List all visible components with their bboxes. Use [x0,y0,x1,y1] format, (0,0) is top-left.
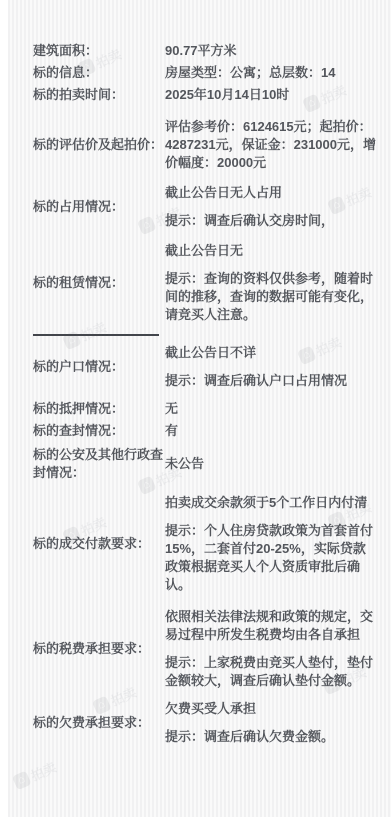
row-mortgage-status: 标的抵押情况： 无 [33,400,391,418]
value-text: 截止公告日不详 [165,344,377,362]
row-appraisal-starting-price: 标的评估价及起拍价： 评估参考价：6124615元；起拍价：4287231元，保… [33,118,391,172]
row-value: 截止公告日不详 提示：调查后确认户口占用情况 [165,344,391,390]
value-tip: 提示：查询的资料仅供参考，随着时间的推移，查询的数据可能有变化，请竞买人注意。 [165,270,377,324]
value-text: 未公告 [165,455,377,473]
section-divider [33,334,159,336]
row-label: 标的占用情况： [33,198,165,216]
row-building-area: 建筑面积： 90.77平方米 [33,42,391,60]
row-seizure-status: 标的查封情况： 有 [33,422,391,440]
row-value: 依照相关法律法规和政策的规定，交易过程中所发生税费均由各自承担 提示：上家税费由… [165,608,391,690]
listing-detail-rows: 建筑面积： 90.77平方米 标的信息： 房屋类型：公寓；总层数：14 标的拍卖… [33,42,391,746]
row-household-registration: 标的户口情况： 截止公告日不详 提示：调查后确认户口占用情况 [33,344,391,390]
row-label: 标的拍卖时间： [33,86,165,104]
row-label: 标的租赁情况： [33,274,165,292]
row-value: 2025年10月14日10时 [165,86,391,104]
row-value: 90.77平方米 [165,42,391,60]
row-label: 标的欠费承担要求： [33,714,165,732]
row-label: 标的抵押情况： [33,400,165,418]
row-value: 无 [165,400,391,418]
row-auction-time: 标的拍卖时间： 2025年10月14日10时 [33,86,391,104]
watermark-text: 拍卖 [27,757,58,785]
row-value: 欠费买受人承担 提示：调查后确认欠费金额。 [165,700,391,746]
row-value: 房屋类型：公寓；总层数：14 [165,64,391,82]
row-label: 标的查封情况： [33,422,165,440]
row-lease-status: 标的租赁情况： 截止公告日无 提示：查询的资料仅供参考，随着时间的推移，查询的数… [33,242,391,324]
value-text: 欠费买受人承担 [165,700,377,718]
row-label: 标的成交付款要求： [33,535,165,553]
value-text: 依照相关法律法规和政策的规定，交易过程中所发生税费均由各自承担 [165,608,377,644]
row-police-admin-seizure: 标的公安及其他行政查封情况： 未公告 [33,446,391,482]
value-tip: 提示：调查后确认交房时间， [165,212,377,230]
row-arrears-burden-requirements: 标的欠费承担要求： 欠费买受人承担 提示：调查后确认欠费金额。 [33,700,391,746]
row-label: 标的评估价及起拍价： [33,136,165,154]
row-label: 标的信息： [33,64,165,82]
value-text: 房屋类型：公寓；总层数：14 [165,64,377,82]
value-text: 截止公告日无 [165,242,377,260]
row-value: 截止公告日无 提示：查询的资料仅供参考，随着时间的推移，查询的数据可能有变化，请… [165,242,391,324]
value-tip: 提示：个人住房贷款政策为首套首付15%，二套首付20-25%，实际贷款政策根据竞… [165,522,377,594]
row-label: 标的税费承担要求： [33,640,165,658]
value-text: 有 [165,422,377,440]
value-text: 拍卖成交余款须于5个工作日内付清 [165,494,377,512]
watermark-stamp: ⌂拍卖 [11,757,59,792]
row-label: 标的公安及其他行政查封情况： [33,446,165,482]
row-value: 拍卖成交余款须于5个工作日内付清 提示：个人住房贷款政策为首套首付15%，二套首… [165,494,391,594]
row-value: 评估参考价：6124615元；起拍价：4287231元，保证金：231000元，… [165,118,391,172]
value-text: 2025年10月14日10时 [165,86,377,104]
value-text: 90.77平方米 [165,42,377,60]
row-value: 有 [165,422,391,440]
value-tip: 提示：上家税费由竞买人垫付，垫付金额较大，调查后确认垫付金额。 [165,654,377,690]
row-label: 建筑面积： [33,42,165,60]
auction-house-icon: ⌂ [12,770,32,790]
value-text: 评估参考价：6124615元；起拍价：4287231元，保证金：231000元，… [165,118,377,172]
row-payment-requirements: 标的成交付款要求： 拍卖成交余款须于5个工作日内付清 提示：个人住房贷款政策为首… [33,494,391,594]
row-tax-burden-requirements: 标的税费承担要求： 依照相关法律法规和政策的规定，交易过程中所发生税费均由各自承… [33,608,391,690]
row-value: 未公告 [165,455,391,473]
row-label: 标的户口情况： [33,358,165,376]
value-tip: 提示：调查后确认户口占用情况 [165,372,377,390]
row-target-info: 标的信息： 房屋类型：公寓；总层数：14 [33,64,391,82]
row-value: 截止公告日无人占用 提示：调查后确认交房时间， [165,184,391,230]
value-text: 无 [165,400,377,418]
value-text: 截止公告日无人占用 [165,184,377,202]
row-occupancy-status: 标的占用情况： 截止公告日无人占用 提示：调查后确认交房时间， [33,184,391,230]
listing-detail-panel: ⌂拍卖 ⌂拍卖 ⌂拍卖 ⌂拍卖 ⌂拍卖 ⌂拍卖 ⌂拍卖 ⌂拍卖 ⌂拍卖 ⌂拍卖 … [8,0,391,817]
value-tip: 提示：调查后确认欠费金额。 [165,728,377,746]
